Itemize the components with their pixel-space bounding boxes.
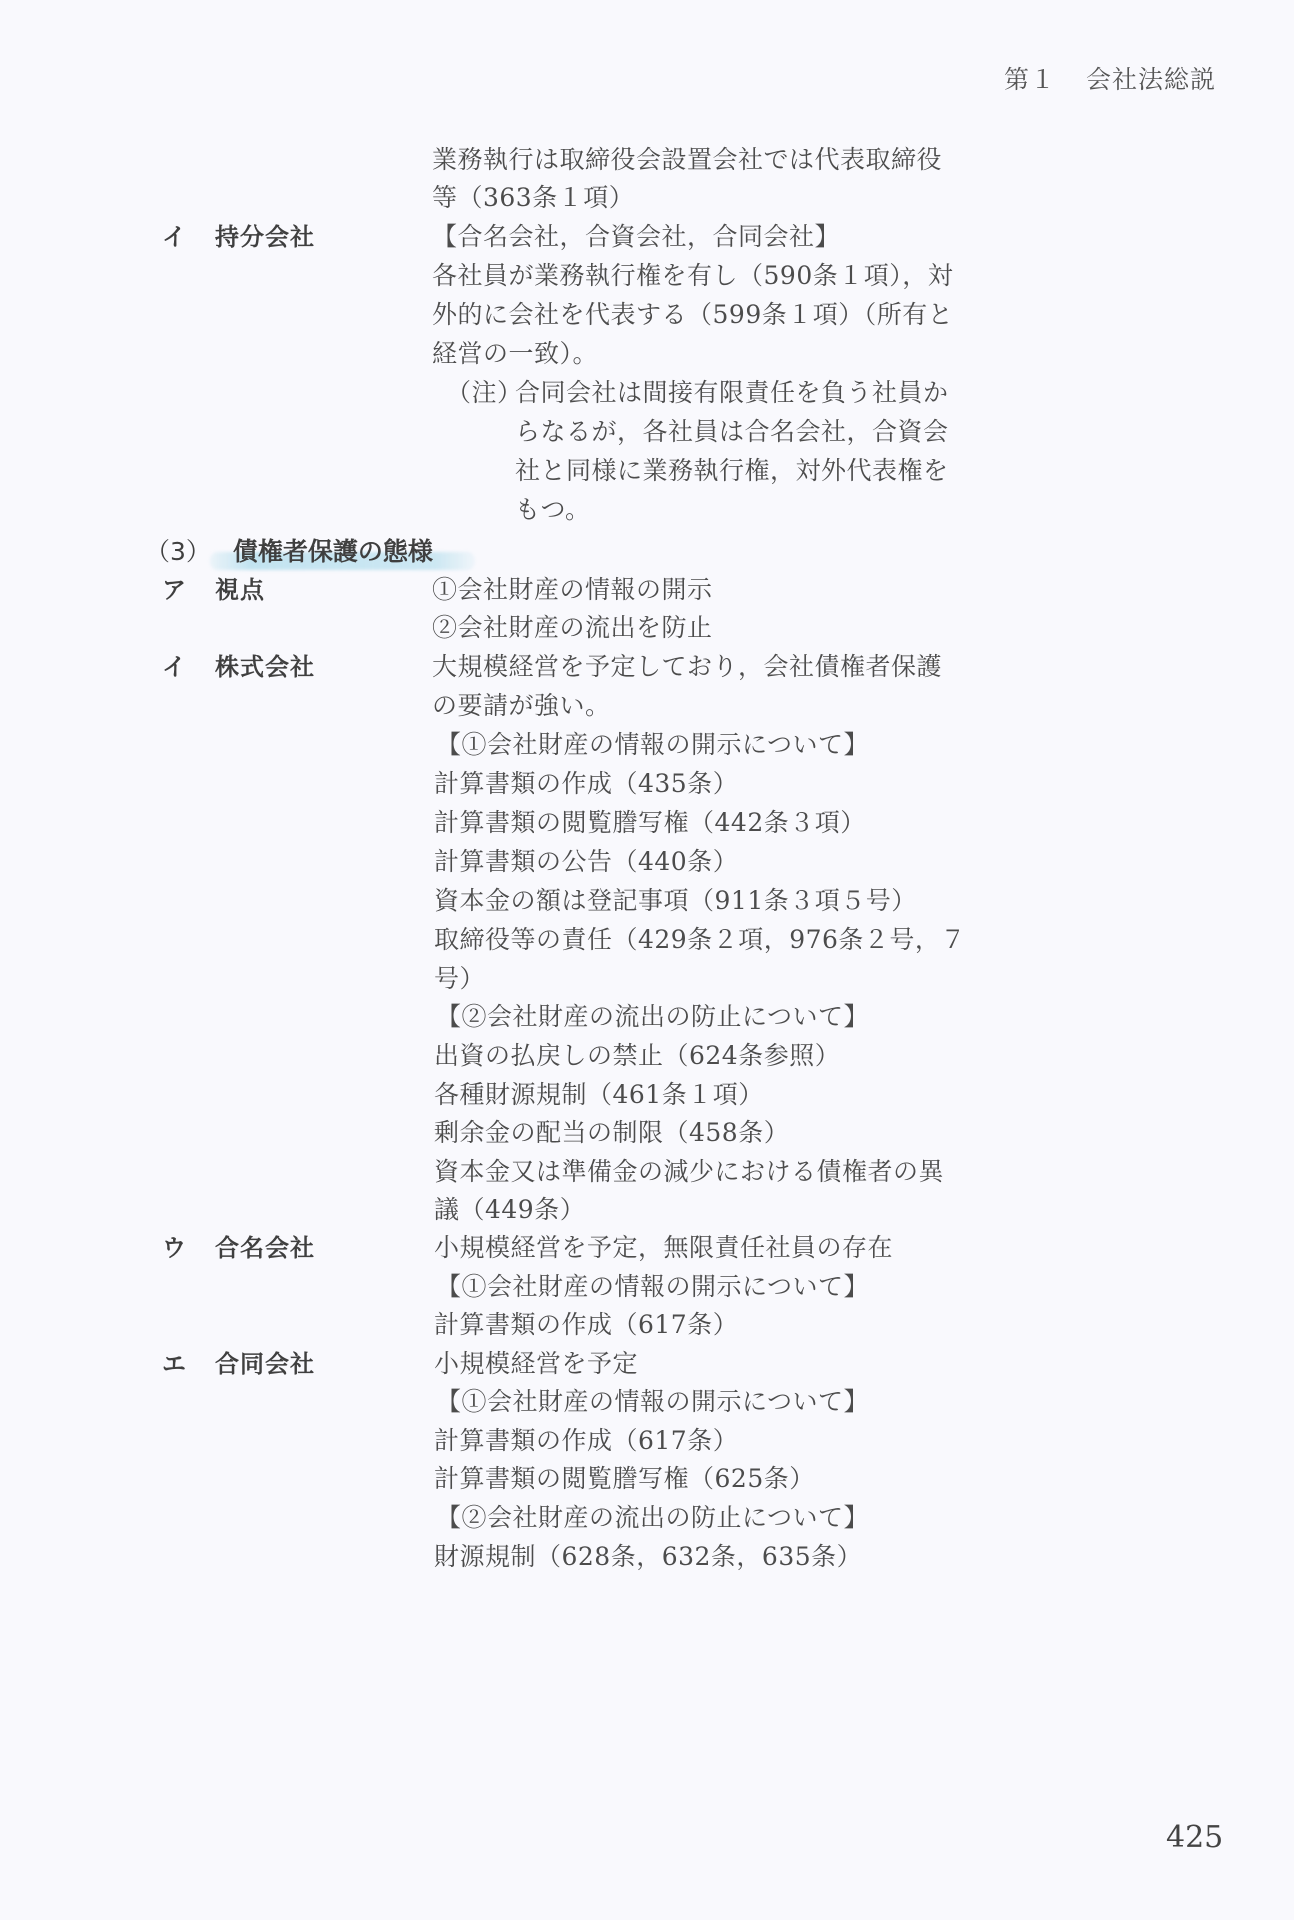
body-line: 大規模経営を予定しており，会社債権者保護: [432, 648, 942, 686]
body-line: 取締役等の責任（429条２項，976条２号，７: [434, 921, 966, 959]
body-line: 剰余金の配当の制限（458条）: [434, 1114, 789, 1152]
item-term: 株式会社: [215, 648, 315, 686]
body-line: 出資の払戻しの禁止（624条参照）: [434, 1037, 840, 1075]
body-line: 財源規制（628条，632条，635条）: [434, 1538, 862, 1576]
body-line: 計算書類の公告（440条）: [434, 843, 738, 881]
body-line: 資本金又は準備金の減少における債権者の異: [434, 1153, 944, 1191]
section-title: 債権者保護の態様: [233, 537, 433, 566]
note-line: 社と同様に業務執行権，対外代表権を: [515, 452, 949, 490]
chapter-number: 第１: [1004, 65, 1056, 94]
item-marker: ア: [162, 571, 186, 609]
body-line: 等（363条１項）: [432, 179, 634, 217]
item-term: 合同会社: [215, 1345, 315, 1383]
section-heading: （3）債権者保護の態様: [145, 533, 433, 571]
body-line: 計算書類の作成（617条）: [434, 1422, 738, 1460]
body-line: 号）: [434, 960, 485, 998]
item-term: 持分会社: [215, 218, 315, 256]
chapter-title: 会社法総説: [1086, 65, 1216, 94]
item-marker: エ: [162, 1345, 186, 1383]
item-marker: ウ: [162, 1229, 186, 1267]
body-line: 計算書類の作成（617条）: [434, 1306, 738, 1344]
body-line: 業務執行は取締役会設置会社では代表取締役: [432, 141, 942, 179]
note-line: 合同会社は間接有限責任を負う社員か: [515, 374, 949, 412]
note-line: らなるが，各社員は合名会社，合資会: [515, 413, 949, 451]
note-mark: （注）: [446, 374, 523, 412]
body-line: の要請が強い。: [432, 687, 611, 725]
item-marker: イ: [162, 218, 186, 256]
subheading-line: 【①会社財産の情報の開示について】: [436, 1268, 869, 1306]
section-number: （3）: [145, 537, 211, 566]
body-line: 資本金の額は登記事項（911条３項５号）: [434, 882, 917, 920]
item-marker: イ: [162, 648, 186, 686]
body-line: 小規模経営を予定: [434, 1345, 638, 1383]
body-line: 計算書類の閲覧謄写権（625条）: [434, 1460, 815, 1498]
running-head: 第１会社法総説: [1004, 60, 1216, 96]
body-line: 経営の一致）。: [432, 335, 598, 373]
subheading-line: 【②会社財産の流出の防止について】: [436, 998, 869, 1036]
subheading-line: 【②会社財産の流出の防止について】: [436, 1499, 869, 1537]
body-line: 各種財源規制（461条１項）: [434, 1076, 764, 1114]
body-line: ②会社財産の流出を防止: [432, 609, 713, 647]
body-line: 【合名会社，合資会社，合同会社】: [432, 218, 840, 256]
note-line: もつ。: [515, 491, 591, 529]
subheading-line: 【①会社財産の情報の開示について】: [436, 726, 869, 764]
page-number: 425: [1166, 1820, 1223, 1855]
body-line: 各社員が業務執行権を有し（590条１項），対: [432, 257, 953, 295]
body-line: 議（449条）: [434, 1191, 585, 1229]
body-line: 外的に会社を代表する（599条１項）（所有と: [432, 296, 953, 334]
item-term: 合名会社: [215, 1229, 315, 1267]
subheading-line: 【①会社財産の情報の開示について】: [436, 1383, 869, 1421]
body-line: 計算書類の閲覧謄写権（442条３項）: [434, 804, 866, 842]
body-line: 計算書類の作成（435条）: [434, 765, 738, 803]
body-line: 小規模経営を予定，無限責任社員の存在: [434, 1229, 893, 1267]
item-term: 視点: [215, 571, 265, 609]
body-line: ①会社財産の情報の開示: [432, 571, 713, 609]
